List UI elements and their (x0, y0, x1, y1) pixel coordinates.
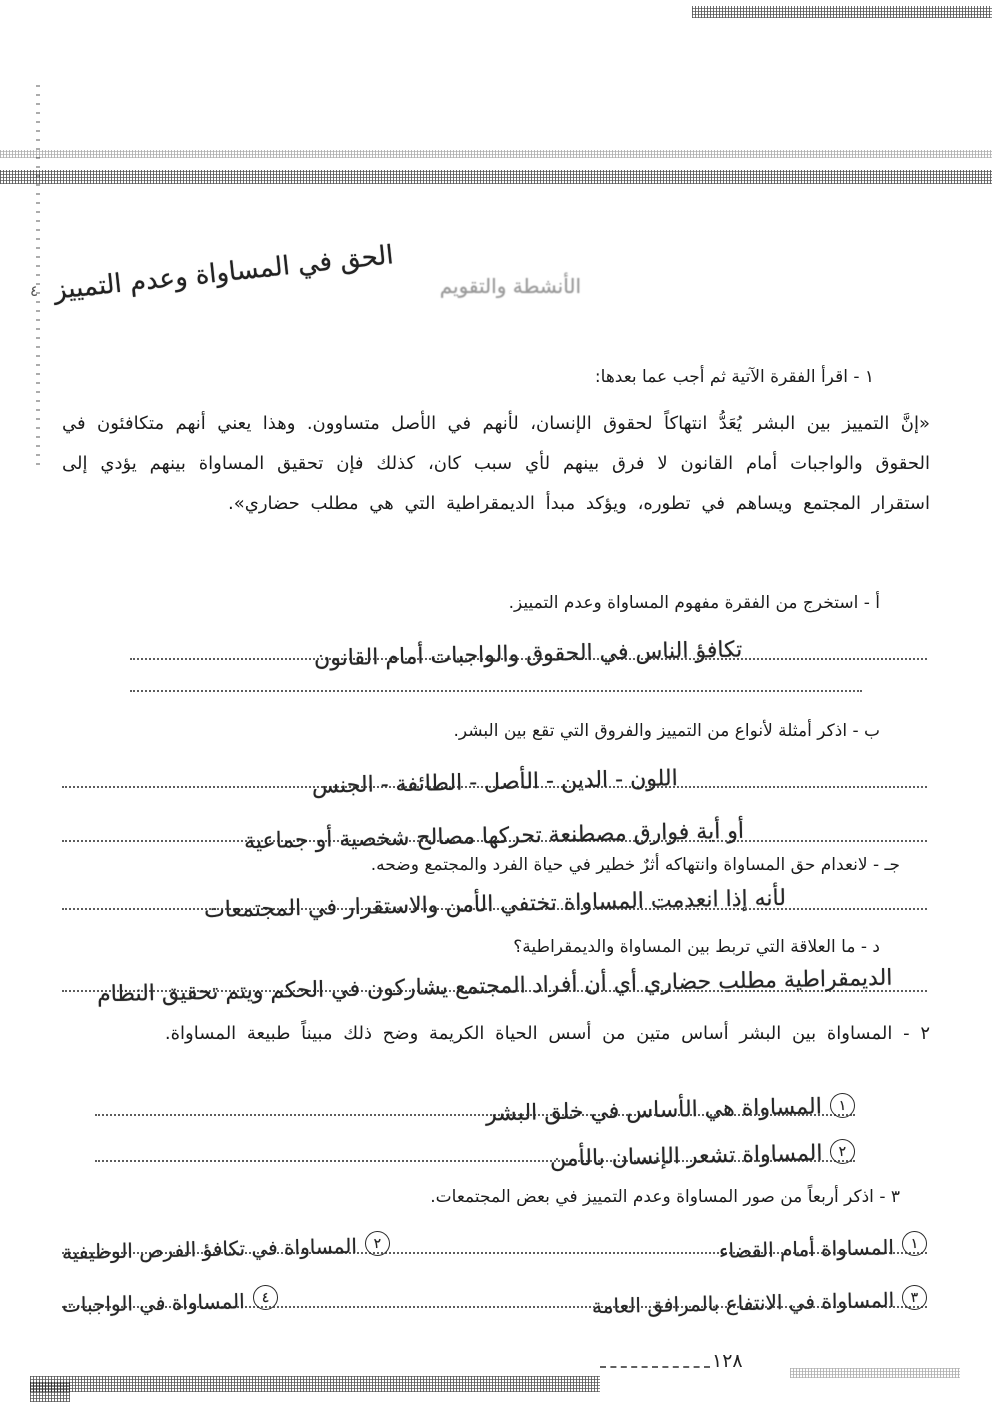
handwritten-answer-2-2: المساواة تشعر الإنسان بالأمن (549, 1141, 822, 1172)
handwritten-answer-3-3: المساواة في الانتفاع بالمرافق العامة (592, 1288, 895, 1318)
workbook-page: الأنشطة والتقويم الحق في المساواة وعدم ا… (0, 0, 992, 1403)
handwritten-answer-b2: أو أية فوارق مصطنعة تحركها مصالح شخصية أ… (244, 819, 744, 854)
answer-item-3-1: ١ المساواة أمام القضاء (719, 1231, 927, 1252)
handwritten-answer-c: لأنه إذا انعدمت المساواة تختفي الأمن وال… (203, 886, 785, 923)
answer-line-2-1: ١ المساواة هي الأساس في خلق البشر (95, 1072, 855, 1116)
printed-section-title: الأنشطة والتقويم (440, 274, 581, 298)
scan-noise-bottom (30, 1376, 600, 1392)
circled-number-1: ١ (830, 1093, 856, 1119)
circled-number-3-4: ٤ (252, 1285, 278, 1311)
scan-noise-band-faint (0, 150, 992, 158)
handwritten-answer-3-1: المساواة أمام القضاء (719, 1235, 894, 1263)
scan-noise-bottom-corner (30, 1382, 70, 1402)
answer-item-3-4: ٤ المساواة في الواجبات (62, 1285, 278, 1306)
answer-line-3-1: ١ المساواة أمام القضاء ٢ المساواة في تكا… (62, 1208, 927, 1254)
answer-line-a: تكافؤ الناس في الحقوق والواجبات أمام الق… (130, 616, 927, 660)
question-1-paragraph: «إنَّ التمييز بين البشر يُعَدُّ انتهاكاً… (62, 404, 930, 524)
sub-question-a-label: أ - استخرج من الفقرة مفهوم المساواة وعدم… (509, 592, 880, 616)
answer-item-3-2: ٢ المساواة في تكافؤ الفرص الوظيفية (62, 1231, 390, 1252)
circled-number-2: ٢ (830, 1139, 856, 1165)
circled-number-3-3: ٣ (902, 1285, 928, 1311)
question-3-label: ٣ - اذكر أربعاً من صور المساواة وعدم الت… (430, 1186, 900, 1210)
answer-line-b1: اللون - الدين - الأصل - الطائفة - الجنس (62, 744, 927, 788)
question-2-label: ٢ - المساواة بين البشر أساس متين من أسس … (62, 1012, 930, 1056)
handwritten-chapter-title: الحق في المساواة وعدم التمييز (52, 240, 395, 306)
handwritten-answer-d: الديمقراطية مطلب حضاري أي أن أفراد المجت… (97, 966, 893, 1008)
handwritten-answer-3-4: المساواة في الواجبات (62, 1289, 245, 1317)
circled-number-3-2: ٢ (364, 1231, 390, 1257)
answer-line-3-2: ٣ المساواة في الانتفاع بالمرافق العامة ٤… (62, 1262, 927, 1308)
answer-line-c: لأنه إذا انعدمت المساواة تختفي الأمن وال… (62, 866, 927, 910)
answer-line-2-2: ٢ المساواة تشعر الإنسان بالأمن (95, 1118, 855, 1162)
scan-noise-bottom-right (790, 1368, 960, 1378)
answer-item-3-3: ٣ المساواة في الانتفاع بالمرافق العامة (592, 1285, 927, 1306)
answer-line-a-empty (130, 662, 862, 692)
answer-line-d: الديمقراطية مطلب حضاري أي أن أفراد المجت… (62, 948, 927, 992)
footer-dash-mark (600, 1366, 710, 1368)
circled-number-3-1: ١ (902, 1231, 928, 1257)
page-number: ١٢٨ (712, 1350, 743, 1372)
handwritten-answer-b1: اللون - الدين - الأصل - الطائفة - الجنس (311, 766, 677, 799)
handwritten-answer-3-2: المساواة في تكافؤ الفرص الوظيفية (62, 1234, 357, 1264)
answer-line-b2: أو أية فوارق مصطنعة تحركها مصالح شخصية أ… (62, 798, 927, 842)
scan-noise-left-edge (36, 85, 40, 465)
scan-noise-band (0, 170, 992, 184)
question-1-label: ١ - اقرأ الفقرة الآتية ثم أجب عما بعدها: (595, 366, 874, 390)
margin-mark: ٤ (30, 282, 38, 300)
sub-question-b-label: ب - اذكر أمثلة لأنواع من التمييز والفروق… (453, 720, 880, 744)
scan-noise-top-right (692, 6, 992, 18)
